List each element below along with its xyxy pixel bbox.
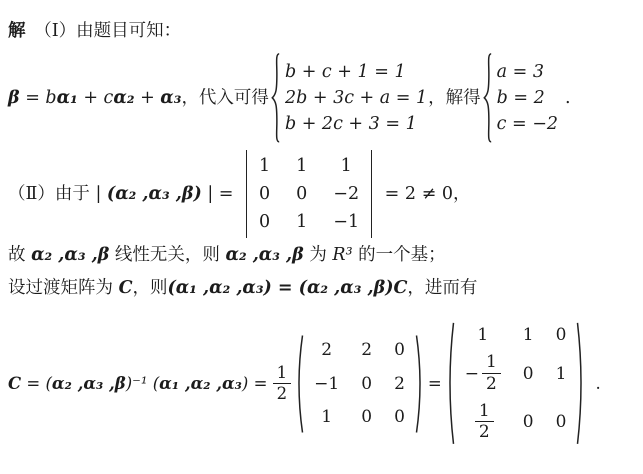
solve-connector: ，解得 [428, 85, 481, 111]
fraction-sign: − [465, 364, 479, 384]
matrix-result: 1 1 0 − 1 2 0 1 1 2 [445, 321, 587, 446]
equation: 2b + 3c + a = 1 [285, 88, 427, 108]
left-paren-icon [445, 321, 455, 446]
equation: b = 2 [497, 88, 558, 108]
transition-matrix-equation: C = (α₂ ,α₃ ,β)⁻¹ (α₁ ,α₂ ,α₃) = 1 2 2 2… [8, 305, 637, 463]
fraction-denominator: 2 [479, 422, 490, 442]
det-cell: 1 [296, 212, 307, 232]
matrix-result-grid: 1 1 0 − 1 2 0 1 1 2 [455, 321, 577, 446]
sentence-period: . [565, 85, 571, 111]
fraction: 1 2 [475, 402, 494, 442]
determinant-prefix: （Ⅱ）由于 | (α₂ ,α₃ ,β) | = [8, 181, 239, 207]
left-paren-icon [294, 334, 304, 434]
matrix-cell: 1 [321, 407, 332, 427]
determinant-result: = 2 ≠ 0， [379, 181, 470, 207]
solution-heading: 解 （Ⅰ）由题目可知： [8, 18, 637, 44]
fraction-denominator: 2 [486, 374, 497, 394]
matrix-cell-fraction: − 1 2 [465, 353, 501, 393]
system-1-rows: b + c + 1 = 1 2b + 3c + a = 1 b + 2c + 3… [281, 52, 427, 144]
matrix-cell: 0 [556, 412, 567, 432]
det-cell: 0 [259, 184, 270, 204]
sentence-period: . [595, 374, 600, 393]
matrix-cell: 0 [394, 340, 405, 360]
beta-expression: β = bα₁ + cα₂ + α₃，代入可得 [8, 85, 269, 111]
matrix-cell: 0 [523, 412, 534, 432]
matrix-cell: 0 [361, 407, 372, 427]
equation: c = −2 [497, 114, 558, 134]
matrix-cell: 0 [556, 325, 567, 345]
matrix-cell-fraction: 1 2 [472, 402, 494, 442]
matrix-cell: 1 [523, 325, 534, 345]
right-paren-icon [576, 321, 586, 446]
equals-sign: = [428, 374, 442, 393]
equation-line-part1: β = bα₁ + cα₂ + α₃，代入可得 b + c + 1 = 1 2b… [8, 46, 637, 150]
matrix-product: 2 2 0 −1 0 2 1 0 0 [294, 334, 425, 434]
det-cell: 1 [341, 156, 352, 176]
equation-system-1: b + c + 1 = 1 2b + 3c + a = 1 b + 2c + 3… [270, 52, 427, 144]
fraction-numerator: 1 [482, 353, 501, 374]
det-cell: 0 [296, 184, 307, 204]
fraction-numerator: 1 [273, 364, 292, 384]
matrix-product-grid: 2 2 0 −1 0 2 1 0 0 [304, 334, 415, 434]
matrix-cell: 1 [477, 325, 488, 345]
determinant: 1 1 1 0 0 −2 0 1 −1 [246, 150, 372, 238]
matrix-cell: 2 [321, 340, 332, 360]
left-brace-icon [482, 52, 493, 144]
matrix-cell: 2 [394, 374, 405, 394]
equation: b + c + 1 = 1 [285, 62, 427, 82]
fraction-denominator: 2 [277, 384, 288, 403]
fraction: 1 2 [482, 353, 501, 393]
fraction-numerator: 1 [475, 402, 494, 423]
system-2-rows: a = 3 b = 2 c = −2 [493, 52, 558, 144]
matrix-cell: 0 [361, 374, 372, 394]
document-page: 解 （Ⅰ）由题目可知： β = bα₁ + cα₂ + α₃，代入可得 b + … [0, 0, 643, 474]
transition-matrix-setup: 设过渡矩阵为 C，则(α₁ ,α₂ ,α₃) = (α₂ ,α₃ ,β)C，进而… [8, 275, 637, 301]
det-cell: −1 [333, 212, 359, 232]
right-paren-icon [415, 334, 425, 434]
det-cell: 0 [259, 212, 270, 232]
c-equation-lhs: C = (α₂ ,α₃ ,β)⁻¹ (α₁ ,α₂ ,α₃) = [8, 374, 273, 393]
det-cell: 1 [296, 156, 307, 176]
matrix-cell: 1 [556, 364, 567, 384]
matrix-cell: −1 [314, 374, 339, 394]
left-brace-icon [270, 52, 281, 144]
equation: b + 2c + 3 = 1 [285, 114, 427, 134]
equation: a = 3 [497, 62, 558, 82]
matrix-cell: 0 [394, 407, 405, 427]
det-cell: −2 [333, 184, 359, 204]
determinant-line: （Ⅱ）由于 | (α₂ ,α₃ ,β) | = 1 1 1 0 0 −2 0 1… [8, 150, 637, 238]
independence-statement: 故 α₂ ,α₃ ,β 线性无关，则 α₂ ,α₃ ,β 为 R³ 的一个基； [8, 242, 637, 268]
equation-system-2: a = 3 b = 2 c = −2 [482, 52, 558, 144]
det-cell: 1 [259, 156, 270, 176]
matrix-cell: 2 [361, 340, 372, 360]
matrix-cell: 0 [523, 364, 534, 384]
scalar-fraction: 1 2 [273, 364, 292, 403]
